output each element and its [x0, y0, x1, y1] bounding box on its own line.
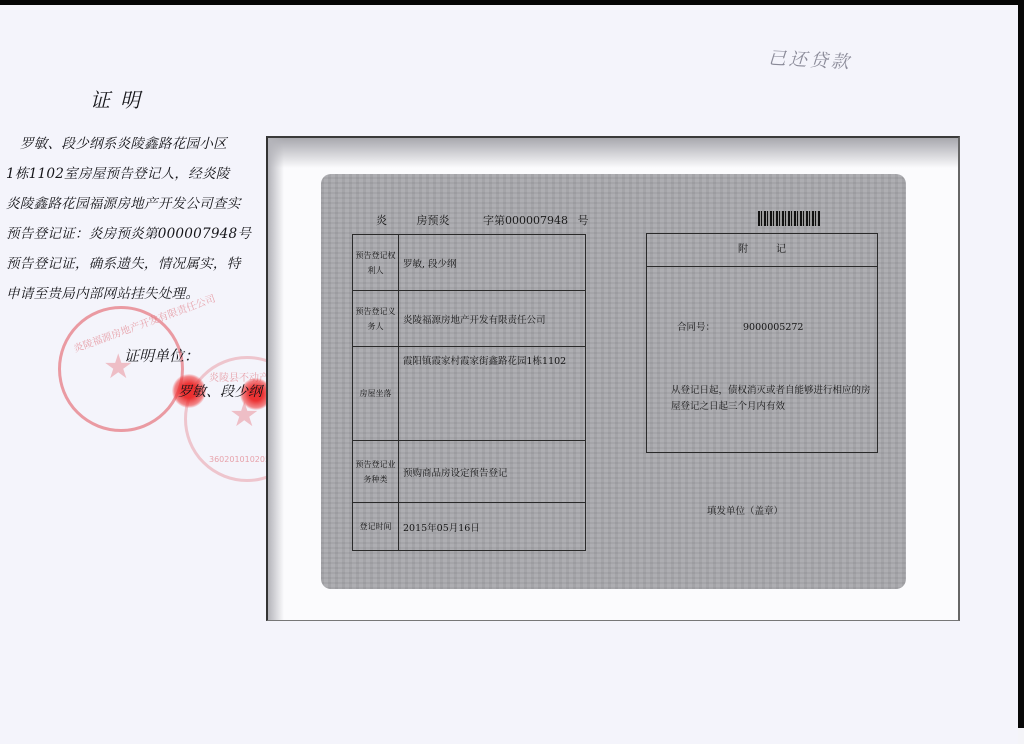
- issuer-label: 填发单位（盖章）: [707, 503, 783, 517]
- row-label: 预告登记权利人: [353, 235, 399, 291]
- certificate-number-header: 炎 房预炎 字第000007948 号: [376, 212, 589, 228]
- annex-title: 附记: [647, 234, 877, 267]
- row-value: 霞阳镇霞家村霞家街鑫路花园1栋1102: [399, 347, 586, 441]
- table-row: 房屋坐落 霞阳镇霞家村霞家街鑫路花园1栋1102: [353, 347, 586, 441]
- table-row: 预告登记义务人 炎陵福源房地产开发有限责任公司: [353, 291, 586, 347]
- table-row: 预告登记权利人 罗敏, 段少纲: [353, 235, 586, 291]
- letter-title: 证明: [90, 84, 150, 113]
- certificate-number: 000007948: [505, 214, 568, 227]
- contract-label: 合同号：: [677, 322, 715, 333]
- letter-line: 申请至贵局内部网站挂失处理。: [6, 282, 199, 302]
- table-row: 登记时间 2015年05月16日: [353, 503, 586, 551]
- signature-names: 罗敏、段少纲: [178, 381, 262, 401]
- row-label: 房屋坐落: [353, 347, 399, 441]
- header-number-label: 字第: [483, 212, 505, 228]
- letter-line: 罗敏、段少纲系炎陵鑫路花园小区: [20, 132, 227, 152]
- row-value: 预购商品房设定预告登记: [399, 441, 586, 503]
- letter-line: 预告登记证，确系遗失，情况属实，特: [6, 252, 241, 272]
- letter-line: 炎陵鑫路花园福源房地产开发公司查实: [6, 192, 241, 212]
- header-prefix: 炎: [376, 212, 387, 228]
- row-label: 预告登记义务人: [353, 291, 399, 347]
- scan-edge-gap: [1018, 728, 1024, 744]
- row-value: 罗敏, 段少纲: [399, 235, 586, 291]
- contract-number: 合同号：9000005272: [677, 319, 803, 333]
- row-label: 登记时间: [353, 503, 399, 551]
- barcode-icon: [758, 211, 820, 226]
- registration-table: 预告登记权利人 罗敏, 段少纲 预告登记义务人 炎陵福源房地产开发有限责任公司 …: [352, 234, 586, 551]
- row-value: 炎陵福源房地产开发有限责任公司: [399, 291, 586, 347]
- handwritten-note-repaid: 已还贷款: [767, 44, 852, 74]
- header-suffix: 号: [578, 212, 589, 228]
- row-label: 预告登记业务种类: [353, 441, 399, 503]
- annex-note: 从登记日起，债权消灭或者自能够进行相应的房屋登记之日起三个月内有效: [671, 383, 871, 415]
- scan-right-edge: [1018, 0, 1024, 744]
- signature-label: 证明单位：: [124, 345, 199, 366]
- table-row: 预告登记业务种类 预购商品房设定预告登记: [353, 441, 586, 503]
- scan-top-edge: [0, 0, 1024, 5]
- header-type: 房预炎: [417, 212, 450, 228]
- company-seal: ★ 炎陵福源房地产开发有限责任公司: [58, 306, 184, 432]
- annex-box: 附记 合同号：9000005272 从登记日起，债权消灭或者自能够进行相应的房屋…: [646, 233, 878, 453]
- contract-value: 9000005272: [743, 322, 803, 333]
- letter-line: 1栋1102室房屋预告登记人，经炎陵: [6, 162, 230, 182]
- row-value: 2015年05月16日: [399, 503, 586, 551]
- letter-line: 预告登记证：炎房预炎第000007948号: [6, 222, 251, 242]
